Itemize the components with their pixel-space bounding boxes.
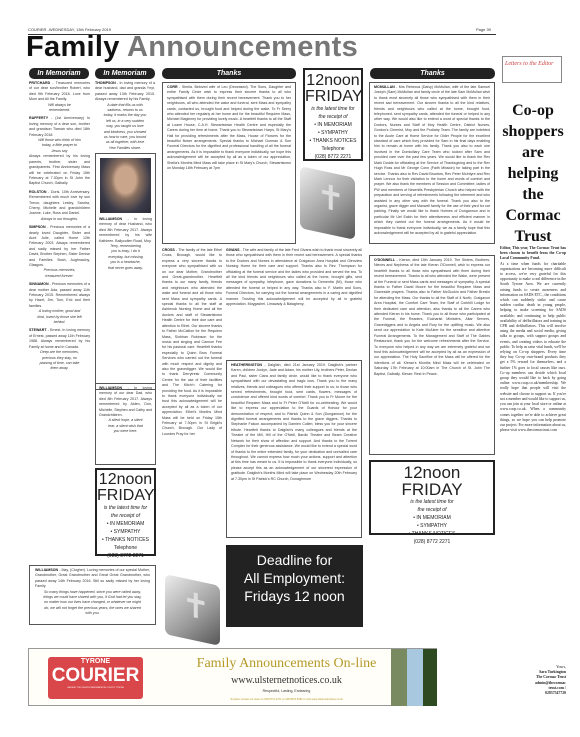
notice-odonnell: O'DONNELL - Kieran, died 15th January 20…: [369, 255, 495, 455]
section-header-thanks-2: Thanks: [370, 68, 495, 79]
promo-tel-label: Telephone: [97, 544, 154, 552]
promo-latest-time: is the latest time for: [371, 498, 493, 506]
promo-latest-time: is the latest time for: [97, 504, 154, 512]
notice-sinnamon: SINNAMON - Precious memories of a dear m…: [29, 282, 90, 325]
promo-friday: FRIDAY: [305, 89, 361, 105]
banner-contact: To place contact our team on 028 8772 22…: [174, 698, 399, 701]
promo-latest-time: is the latest time for: [305, 105, 361, 113]
page-number: Page 39: [476, 27, 491, 32]
headline-line: Trust: [500, 226, 566, 247]
promo-item-memoriam: • IN MEMORIAM: [305, 121, 361, 129]
bible-icon: [300, 166, 355, 240]
tyrone-courier-logo: TYRONE COURIER LARGEST CIRCULATION NEWSP…: [48, 657, 143, 699]
coop-letter-body: Editor, This year, The Cormac Trust has …: [500, 246, 566, 606]
notice-givans: GIVANS - The wife and family of the late…: [226, 248, 362, 358]
online-notices-banner[interactable]: TYRONE COURIER LARGEST CIRCULATION NEWSP…: [28, 648, 437, 706]
notice-williamson-may: WILLIAMSON - May, (Clogher). Loving memo…: [29, 565, 156, 625]
headline-line: are: [500, 142, 566, 163]
headline-line: the: [500, 184, 566, 205]
notice-williamson-husband: WILLIAMSON - In loving memory of dear Hu…: [96, 217, 155, 271]
bible-icon-2: [165, 574, 220, 646]
coop-body: At a time when funds for charitable orga…: [500, 262, 566, 434]
title-word-announcements: Announcements: [127, 31, 358, 63]
notice-pritchard: PRITCHARD - Treasured memories of our de…: [29, 81, 90, 113]
headline-line: shoppers: [500, 121, 566, 142]
promo-friday: FRIDAY: [97, 488, 154, 504]
notice-simpson: SIMPSON - Precious memories of a dearly …: [29, 225, 90, 279]
banner-photos: [391, 649, 437, 706]
promo-item-thanks: • THANKS NOTICES: [371, 530, 493, 538]
section-header-in-memoriam-2: In Memoriam: [95, 68, 155, 79]
headline-line: helping: [500, 163, 566, 184]
notice-cross: CROSS - The family of the late Ethel Cro…: [162, 248, 222, 555]
promo-item-thanks: • THANKS NOTICES: [97, 536, 154, 544]
notice-mcmullan: MCMULLAN - Mrs Rebecca (Daisy) McMullan,…: [369, 82, 495, 244]
letters-logo: Letters to the Editor: [505, 61, 559, 67]
headline-line: Co-op: [500, 100, 566, 121]
promo-item-memoriam: • IN MEMORIAM: [371, 514, 493, 522]
page-title: Family Announcements: [26, 33, 358, 62]
banner-url-link[interactable]: www.ulsternetnotices.co.uk: [179, 675, 394, 686]
williamson-photo-box: WILLIAMSON - In loving memory of dear Hu…: [95, 153, 156, 390]
coop-lead: Editor, This year, The Cormac Trust has …: [500, 246, 566, 262]
notice-thompson: THOMPSON - In loving memory of a dear hu…: [95, 81, 155, 151]
section-header-thanks: Thanks: [162, 68, 296, 79]
deadline-promo-box-2: 12noon FRIDAY is the latest time for the…: [303, 68, 363, 161]
coop-headline: Co-op shoppers are helping the Cormac Tr…: [500, 100, 566, 247]
coop-signoff: Yours, Sara Turkington The Cormac Trust …: [500, 665, 566, 696]
deadline-line3: Fridays 12 noon: [226, 587, 363, 605]
banner-title: Family Announcements On-line: [179, 656, 394, 672]
promo-12noon: 12noon: [371, 464, 493, 481]
promo-item-memoriam: • IN MEMORIAM: [97, 520, 154, 528]
promo-item-sympathy: • SYMPATHY: [97, 528, 154, 536]
notice-stewart: STEWART - Ernest. In loving memory of Er…: [29, 328, 90, 371]
promo-item-sympathy: • SYMPATHY: [305, 129, 361, 137]
promo-telephone: (028) 8772 2271: [305, 153, 361, 161]
employment-deadline-box: Deadline for All Employment: Fridays 12 …: [226, 545, 363, 627]
promo-12noon: 12noon: [97, 472, 154, 488]
banner-tagline: Respectful, Lasting, Endearing: [179, 689, 394, 693]
promo-receipt: the receipt of: [97, 512, 154, 520]
notice-rolston: ROLSTON - Doris. 10th Anniversary. Remem…: [29, 190, 90, 222]
courier-tagline: LARGEST CIRCULATION NEWSPAPER IN COUNTY …: [48, 686, 143, 691]
courier-name: COURIER: [48, 666, 143, 686]
notice-corr: CORR - Sheila. Beloved wife of Leo (Dece…: [162, 82, 296, 244]
promo-receipt: the receipt of: [305, 113, 361, 121]
letters-to-editor-box: Letters to the Editor: [502, 56, 562, 83]
promo-tel-label: Telephone: [305, 145, 361, 153]
signoff-phone: 02837547720: [500, 691, 566, 696]
section-header-in-memoriam: In Memoriam: [29, 68, 89, 79]
promo-item-sympathy: • SYMPATHY: [371, 522, 493, 530]
notice-heatherington: HEATHERINGTON - Dalglish, died 21st Janu…: [226, 360, 362, 538]
portrait-photo: [100, 158, 151, 213]
promo-12noon: 12noon: [305, 73, 361, 89]
notice-rafferty: RAFFERTY - (1st Anniversary) In loving m…: [29, 116, 90, 186]
deadline-promo-box-3: 12noon FRIDAY is the latest time for the…: [369, 460, 495, 535]
promo-friday: FRIDAY: [371, 481, 493, 498]
promo-receipt: the receipt of: [371, 506, 493, 514]
promo-telephone: (028) 8772 2271: [97, 552, 154, 560]
headline-line: Cormac: [500, 205, 566, 226]
deadline-line2: All Employment:: [226, 569, 363, 587]
column-in-memoriam-1: PRITCHARD - Treasured memories of our de…: [29, 81, 90, 372]
title-word-family: Family: [26, 31, 120, 63]
deadline-promo-box: 12noon FRIDAY is the latest time for the…: [95, 468, 156, 556]
promo-telephone: (028) 8772 2271: [371, 538, 493, 546]
notice-williamson-dad: WILLIAMSON - In loving memory of our dea…: [95, 383, 156, 465]
promo-item-thanks: • THANKS NOTICES: [305, 137, 361, 145]
deadline-line1: Deadline for: [226, 551, 363, 569]
